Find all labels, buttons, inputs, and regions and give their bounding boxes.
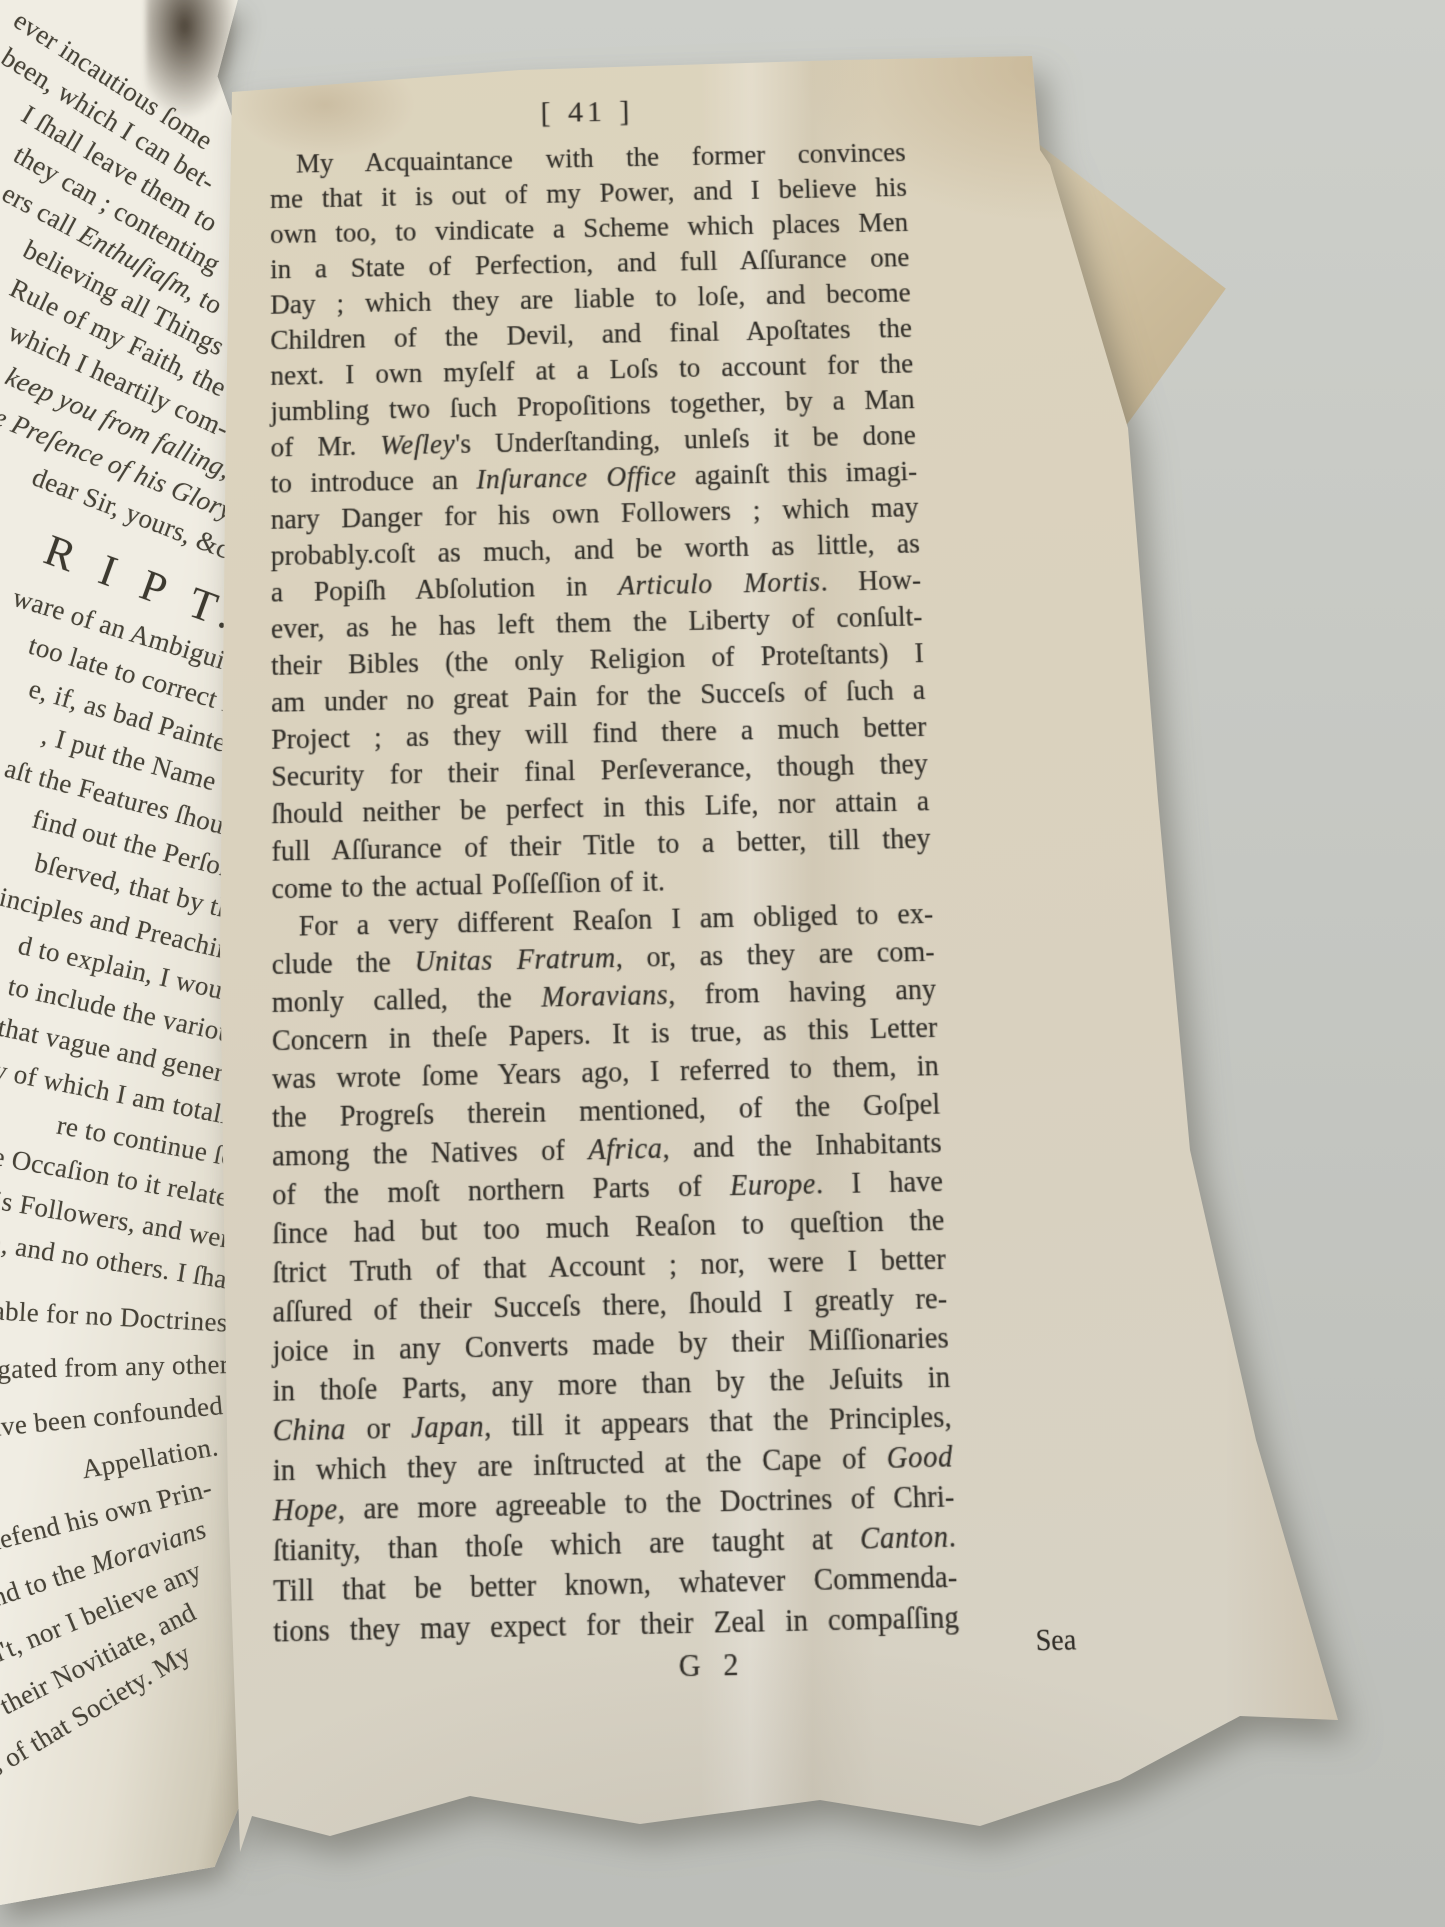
signature-mark: G 2 (678, 1645, 745, 1687)
right-page-wrap: [ 41 ] My Acquaintance with the former c… (150, 30, 1400, 1900)
page-text: [ 41 ] My Acquaintance with the former c… (270, 87, 961, 1701)
body-text: My Acquaintance with the former convince… (270, 135, 960, 1652)
catchword: Sea (1035, 1619, 1077, 1660)
book-photo: ever incautious ſomebeen, which I can be… (0, 0, 1445, 1927)
page-number: [ 41 ] (270, 87, 905, 139)
right-page: [ 41 ] My Acquaintance with the former c… (150, 30, 1400, 1900)
